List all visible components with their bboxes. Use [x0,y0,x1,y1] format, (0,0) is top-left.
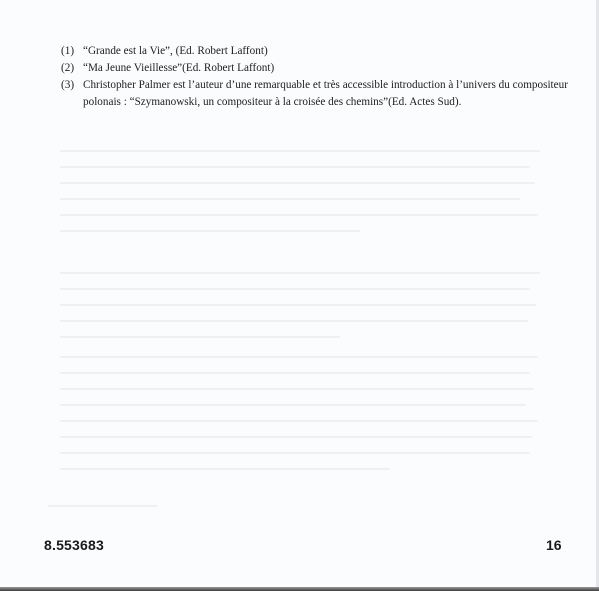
footnote-3: (3) Christopher Palmer est l’auteur d’un… [61,77,581,111]
footnote-2: (2) “Ma Jeune Vieillesse”(Ed. Robert Laf… [61,60,581,77]
catalog-number: 8.553683 [44,537,104,553]
page-number: 16 [546,537,562,553]
booklet-page: (1) “Grande est la Vie”, (Ed. Robert Laf… [0,0,599,587]
footnote-text: Christopher Palmer est l’auteur d’une re… [83,79,568,108]
footnote-text: “Grande est la Vie”, (Ed. Robert Laffont… [83,45,268,57]
footnote-text: “Ma Jeune Vieillesse”(Ed. Robert Laffont… [83,62,274,74]
footnote-marker: (1) [61,43,74,60]
footnotes-list: (1) “Grande est la Vie”, (Ed. Robert Laf… [61,43,581,111]
footnote-marker: (2) [61,60,74,77]
footnote-1: (1) “Grande est la Vie”, (Ed. Robert Laf… [61,43,581,60]
footnote-marker: (3) [61,77,74,94]
page-bottom-edge [0,587,599,591]
